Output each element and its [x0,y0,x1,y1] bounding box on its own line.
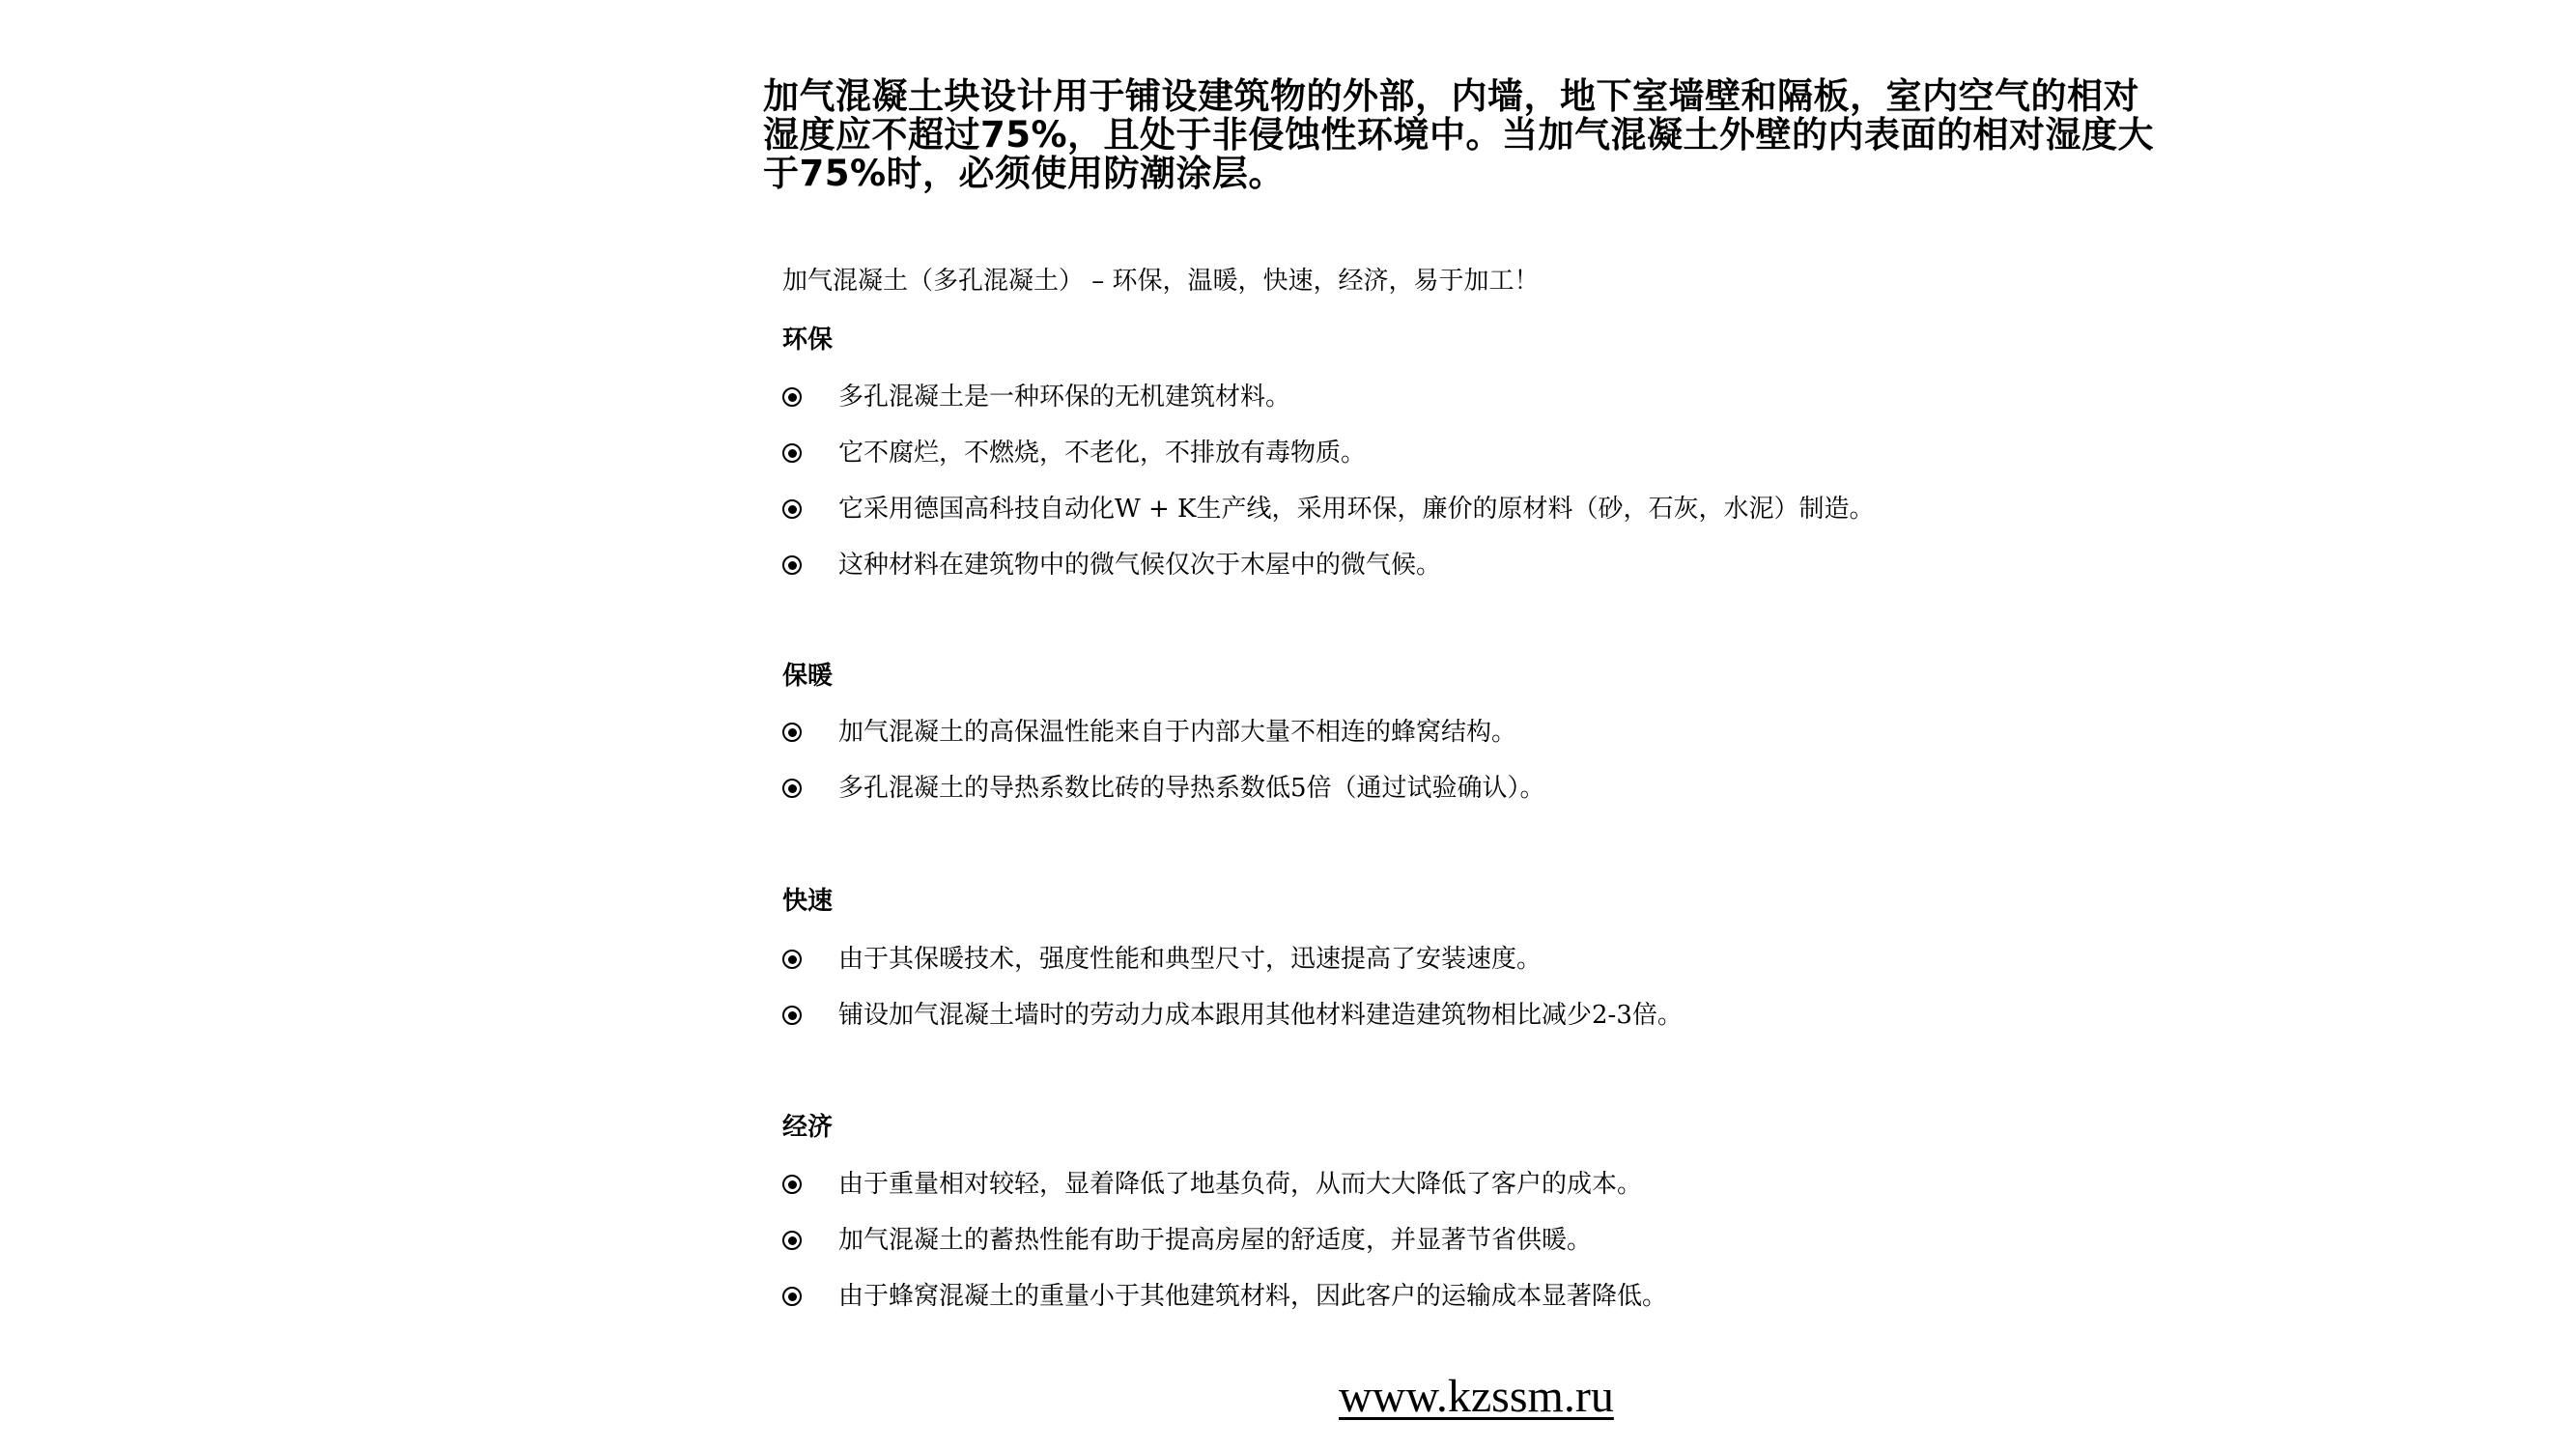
list-item-text: 铺设加气混凝土墙时的劳动力成本跟用其他材料建造建筑物相比减少2-3倍。 [838,1001,1683,1030]
list-item: 多孔混凝土是一种环保的无机建筑材料。 [782,383,1290,412]
circled-dot-bullet-icon [782,779,802,798]
circled-dot-bullet-icon [782,950,802,969]
list-item-text: 加气混凝土的高保温性能来自于内部大量不相连的蜂窝结构。 [838,718,1516,747]
list-item-text: 多孔混凝土是一种环保的无机建筑材料。 [838,383,1290,412]
circled-dot-bullet-icon [782,1287,802,1306]
list-item-text: 它不腐烂，不燃烧，不老化，不排放有毒物质。 [838,439,1366,468]
section-title-fast: 快速 [782,887,833,916]
list-item-text: 由于蜂窝混凝土的重量小于其他建筑材料，因此客户的运输成本显著降低。 [838,1282,1667,1311]
list-item: 铺设加气混凝土墙时的劳动力成本跟用其他材料建造建筑物相比减少2-3倍。 [782,1001,1683,1030]
headline-paragraph: 加气混凝土块设计用于铺设建筑物的外部，内墙，地下室墙壁和隔板，室内空气的相对湿度… [763,77,2164,193]
list-item: 由于重量相对较轻，显着降低了地基负荷，从而大大降低了客户的成本。 [782,1170,1642,1199]
list-item: 由于其保暖技术，强度性能和典型尺寸，迅速提高了安装速度。 [782,945,1542,974]
document-page: 加气混凝土块设计用于铺设建筑物的外部，内墙，地下室墙壁和隔板，室内空气的相对湿度… [0,0,2576,1449]
circled-dot-bullet-icon [782,499,802,519]
circled-dot-bullet-icon [782,1231,802,1250]
list-item: 加气混凝土的蓄热性能有助于提高房屋的舒适度，并显著节省供暖。 [782,1226,1592,1255]
list-item-text: 它采用德国高科技自动化W + K生产线，采用环保，廉价的原材料（砂，石灰，水泥）… [838,495,1874,524]
list-item-text: 加气混凝土的蓄热性能有助于提高房屋的舒适度，并显著节省供暖。 [838,1226,1592,1255]
circled-dot-bullet-icon [782,723,802,742]
intro-line: 加气混凝土（多孔混凝土） – 环保，温暖，快速，经济，易于加工！ [782,267,1540,296]
circled-dot-bullet-icon [782,443,802,463]
section-title-economy: 经济 [782,1113,833,1142]
list-item: 这种材料在建筑物中的微气候仅次于木屋中的微气候。 [782,551,1441,580]
circled-dot-bullet-icon [782,555,802,575]
circled-dot-bullet-icon [782,1006,802,1025]
list-item: 它采用德国高科技自动化W + K生产线，采用环保，廉价的原材料（砂，石灰，水泥）… [782,495,1874,524]
list-item: 由于蜂窝混凝土的重量小于其他建筑材料，因此客户的运输成本显著降低。 [782,1282,1667,1311]
list-item-text: 多孔混凝土的导热系数比砖的导热系数低5倍（通过试验确认）。 [838,774,1545,803]
list-item-text: 这种材料在建筑物中的微气候仅次于木屋中的微气候。 [838,551,1441,580]
list-item-text: 由于其保暖技术，强度性能和典型尺寸，迅速提高了安装速度。 [838,945,1542,974]
list-item: 多孔混凝土的导热系数比砖的导热系数低5倍（通过试验确认）。 [782,774,1545,803]
section-title-eco: 环保 [782,326,833,355]
circled-dot-bullet-icon [782,1175,802,1194]
list-item-text: 由于重量相对较轻，显着降低了地基负荷，从而大大降低了客户的成本。 [838,1170,1642,1199]
section-title-warmth: 保暖 [782,662,833,691]
list-item: 加气混凝土的高保温性能来自于内部大量不相连的蜂窝结构。 [782,718,1516,747]
circled-dot-bullet-icon [782,387,802,407]
website-link[interactable]: www.kzssm.ru [1339,1370,1614,1424]
list-item: 它不腐烂，不燃烧，不老化，不排放有毒物质。 [782,439,1366,468]
